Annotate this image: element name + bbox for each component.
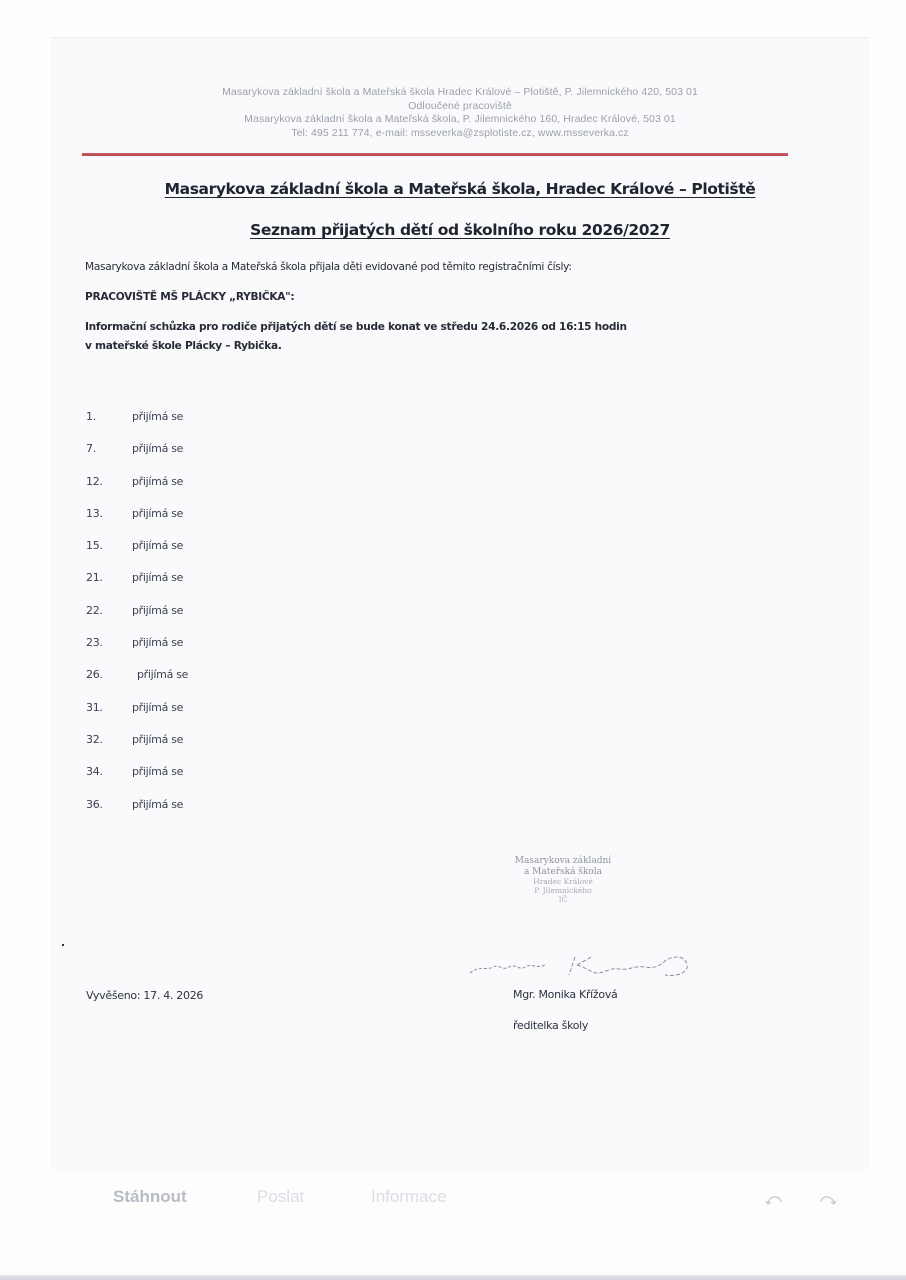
- scan-speck: [62, 944, 64, 946]
- admission-status: přijímá se: [132, 798, 183, 811]
- letterhead-divider: [82, 153, 788, 156]
- list-item: 22.přijímá se: [86, 604, 188, 636]
- document-page: Masarykova základní škola a Mateřská ško…: [50, 37, 870, 1170]
- registration-number: 7.: [86, 442, 132, 455]
- accepted-list: 1.přijímá se7.přijímá se12.přijímá se13.…: [86, 410, 188, 830]
- registration-number: 34.: [86, 765, 132, 778]
- stamp-line: Hradec Králové: [498, 877, 628, 886]
- list-item: 13.přijímá se: [86, 507, 188, 539]
- download-button[interactable]: Stáhnout: [113, 1187, 187, 1207]
- admission-status: přijímá se: [132, 475, 183, 488]
- registration-number: 32.: [86, 733, 132, 746]
- list-item: 12.přijímá se: [86, 475, 188, 507]
- workplace-heading: PRACOVIŠTĚ MŠ PLÁCKY „RYBIČKA":: [85, 288, 294, 307]
- redo-icon[interactable]: [818, 1190, 838, 1208]
- list-item: 23.přijímá se: [86, 636, 188, 668]
- document-subtitle: Seznam přijatých dětí od školního roku 2…: [50, 221, 870, 239]
- admission-status: přijímá se: [132, 701, 183, 714]
- bottom-edge: [0, 1275, 906, 1280]
- list-item: 15.přijímá se: [86, 539, 188, 571]
- registration-number: 31.: [86, 701, 132, 714]
- school-stamp: Masarykova základní a Mateřská škola Hra…: [498, 856, 628, 904]
- registration-number: 13.: [86, 507, 132, 520]
- admission-status: přijímá se: [132, 765, 183, 778]
- stamp-line: Masarykova základní: [498, 856, 628, 867]
- letterhead: Masarykova základní škola a Mateřská ško…: [50, 86, 870, 140]
- stamp-line: P. Jilemnického: [498, 886, 628, 895]
- admission-status: přijímá se: [132, 733, 183, 746]
- registration-number: 15.: [86, 539, 132, 552]
- letterhead-line-1: Masarykova základní škola a Mateřská ško…: [50, 86, 870, 100]
- signature-icon: [465, 943, 695, 983]
- document-title: Masarykova základní škola a Mateřská ško…: [50, 180, 870, 198]
- meeting-notice: Informační schůzka pro rodiče přijatých …: [85, 318, 785, 356]
- registration-number: 36.: [86, 798, 132, 811]
- registration-number: 23.: [86, 636, 132, 649]
- admission-status: přijímá se: [132, 410, 183, 423]
- letterhead-line-2: Odloučené pracoviště: [50, 100, 870, 114]
- admission-status: přijímá se: [132, 571, 183, 584]
- registration-number: 1.: [86, 410, 132, 423]
- intro-text: Masarykova základní škola a Mateřská ško…: [85, 258, 572, 277]
- list-item: 32.přijímá se: [86, 733, 188, 765]
- admission-status: přijímá se: [132, 507, 183, 520]
- undo-icon[interactable]: [764, 1190, 784, 1208]
- registration-number: 12.: [86, 475, 132, 488]
- admission-status: přijímá se: [132, 442, 183, 455]
- admission-status: přijímá se: [132, 539, 183, 552]
- letterhead-line-3: Masarykova základní škola a Mateřská ško…: [50, 113, 870, 127]
- registration-number: 21.: [86, 571, 132, 584]
- send-button[interactable]: Poslat: [257, 1187, 304, 1207]
- list-item: 34.přijímá se: [86, 765, 188, 797]
- list-item: 7.přijímá se: [86, 442, 188, 474]
- list-item: 26.přijímá se: [86, 668, 188, 700]
- meeting-line-2: v mateřské škole Plácky – Rybička.: [85, 337, 785, 356]
- letterhead-line-4: Tel: 495 211 774, e-mail: msseverka@zspl…: [50, 127, 870, 141]
- stamp-line: IČ: [498, 895, 628, 904]
- posted-date: Vyvěšeno: 17. 4. 2026: [86, 989, 203, 1002]
- admission-status: přijímá se: [132, 636, 183, 649]
- bottom-toolbar: Stáhnout Poslat Informace: [0, 1170, 906, 1270]
- registration-number: 26.: [86, 668, 132, 681]
- list-item: 21.přijímá se: [86, 571, 188, 603]
- list-item: 31.přijímá se: [86, 701, 188, 733]
- list-item: 1.přijímá se: [86, 410, 188, 442]
- stamp-line: a Mateřská škola: [498, 867, 628, 878]
- signatory-role: ředitelka školy: [513, 1019, 588, 1032]
- meeting-line-1: Informační schůzka pro rodiče přijatých …: [85, 318, 785, 337]
- info-button[interactable]: Informace: [371, 1187, 447, 1207]
- signatory-name: Mgr. Monika Křížová: [513, 988, 618, 1001]
- admission-status: přijímá se: [137, 668, 188, 681]
- list-item: 36.přijímá se: [86, 798, 188, 830]
- registration-number: 22.: [86, 604, 132, 617]
- admission-status: přijímá se: [132, 604, 183, 617]
